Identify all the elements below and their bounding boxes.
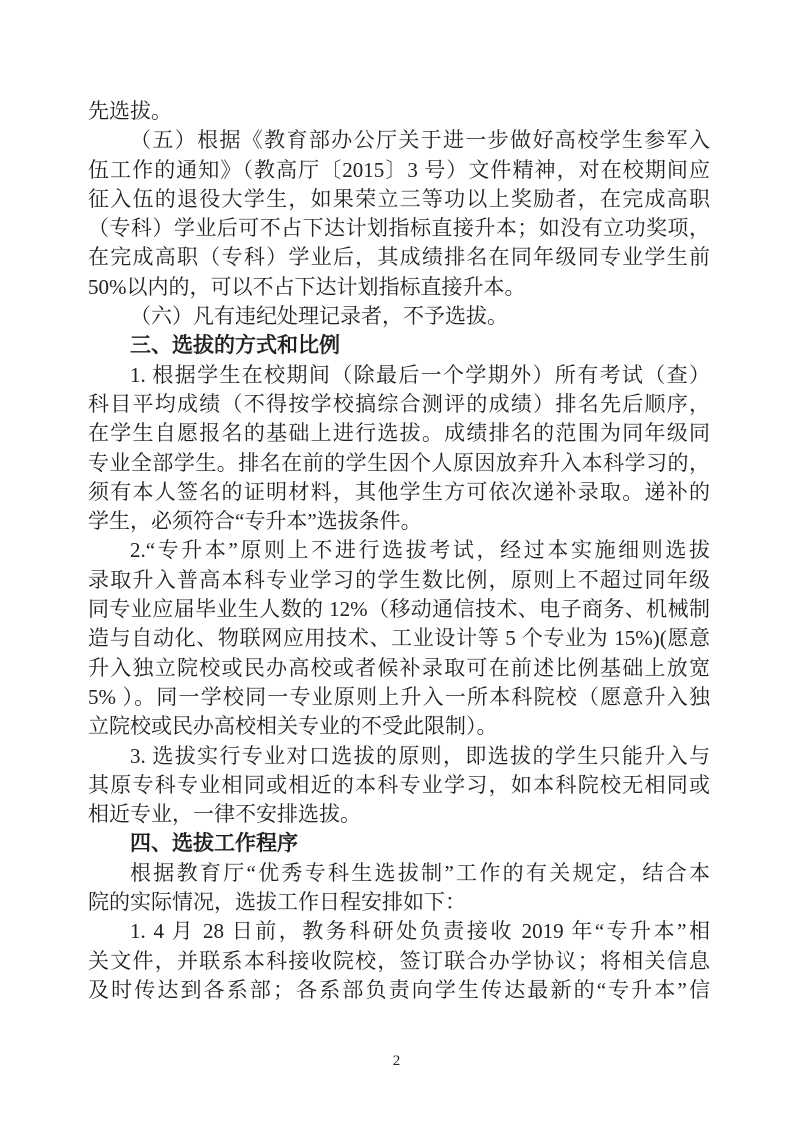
section-heading: 三、选拔的方式和比例	[88, 331, 710, 360]
document-line: 根据教育厅“优秀专科生选拔制”工作的有关规定，结合本	[88, 859, 710, 888]
document-line: 1. 4 月 28 日前，教务科研处负责接收 2019 年“专升本”相	[88, 917, 710, 946]
document-line: 在完成高职（专科）学业后，其成绩排名在同年级同专业学生前	[88, 243, 710, 272]
document-page: 先选拔。（五）根据《教育部办公厅关于进一步做好高校学生参军入伍工作的通知》（教高…	[0, 0, 793, 1122]
document-line: 须有本人签名的证明材料，其他学生方可依次递补录取。递补的	[88, 478, 710, 507]
document-body: 先选拔。（五）根据《教育部办公厅关于进一步做好高校学生参军入伍工作的通知》（教高…	[88, 97, 710, 1005]
document-line: 升入独立院校或民办高校或者候补录取可在前述比例基础上放宽	[88, 654, 710, 683]
document-line: 学生，必须符合“专升本”选拔条件。	[88, 507, 710, 536]
document-line: 专业全部学生。排名在前的学生因个人原因放弃升入本科学习的，	[88, 449, 710, 478]
document-line: 造与自动化、物联网应用技术、工业设计等 5 个专业为 15%)(愿意	[88, 624, 710, 653]
document-line: 及时传达到各系部；各系部负责向学生传达最新的“专升本”信	[88, 976, 710, 1005]
document-line: 关文件，并联系本科接收院校，签订联合办学协议；将相关信息	[88, 947, 710, 976]
section-heading: 四、选拔工作程序	[88, 829, 710, 858]
document-line: 其原专科专业相同或相近的本科专业学习，如本科院校无相同或	[88, 771, 710, 800]
document-line: 50%以内的，可以不占下达计划指标直接升本。	[88, 273, 710, 302]
document-line: 相近专业，一律不安排选拔。	[88, 800, 710, 829]
document-line: 在学生自愿报名的基础上进行选拔。成绩排名的范围为同年级同	[88, 419, 710, 448]
document-line: 院的实际情况，选拔工作日程安排如下：	[88, 888, 710, 917]
document-line: 录取升入普高本科专业学习的学生数比例，原则上不超过同年级	[88, 566, 710, 595]
document-line: 3. 选拔实行专业对口选拔的原则，即选拔的学生只能升入与	[88, 742, 710, 771]
page-number: 2	[0, 1053, 793, 1070]
document-line: （专科）学业后可不占下达计划指标直接升本；如没有立功奖项，	[88, 214, 710, 243]
document-line: （六）凡有违纪处理记录者，不予选拔。	[88, 302, 710, 331]
document-line: 先选拔。	[88, 97, 710, 126]
document-line: 征入伍的退役大学生，如果荣立三等功以上奖励者，在完成高职	[88, 185, 710, 214]
document-line: 2.“专升本”原则上不进行选拔考试，经过本实施细则选拔	[88, 536, 710, 565]
document-line: 1. 根据学生在校期间（除最后一个学期外）所有考试（查）	[88, 361, 710, 390]
document-line: 伍工作的通知》（教高厅〔2015〕3 号）文件精神，对在校期间应	[88, 156, 710, 185]
document-line: （五）根据《教育部办公厅关于进一步做好高校学生参军入	[88, 126, 710, 155]
document-line: 科目平均成绩（不得按学校搞综合测评的成绩）排名先后顺序，	[88, 390, 710, 419]
document-line: 同专业应届毕业生人数的 12%（移动通信技术、电子商务、机械制	[88, 595, 710, 624]
document-line: 立院校或民办高校相关专业的不受此限制）。	[88, 712, 710, 741]
document-line: 5% ）。同一学校同一专业原则上升入一所本科院校（愿意升入独	[88, 683, 710, 712]
